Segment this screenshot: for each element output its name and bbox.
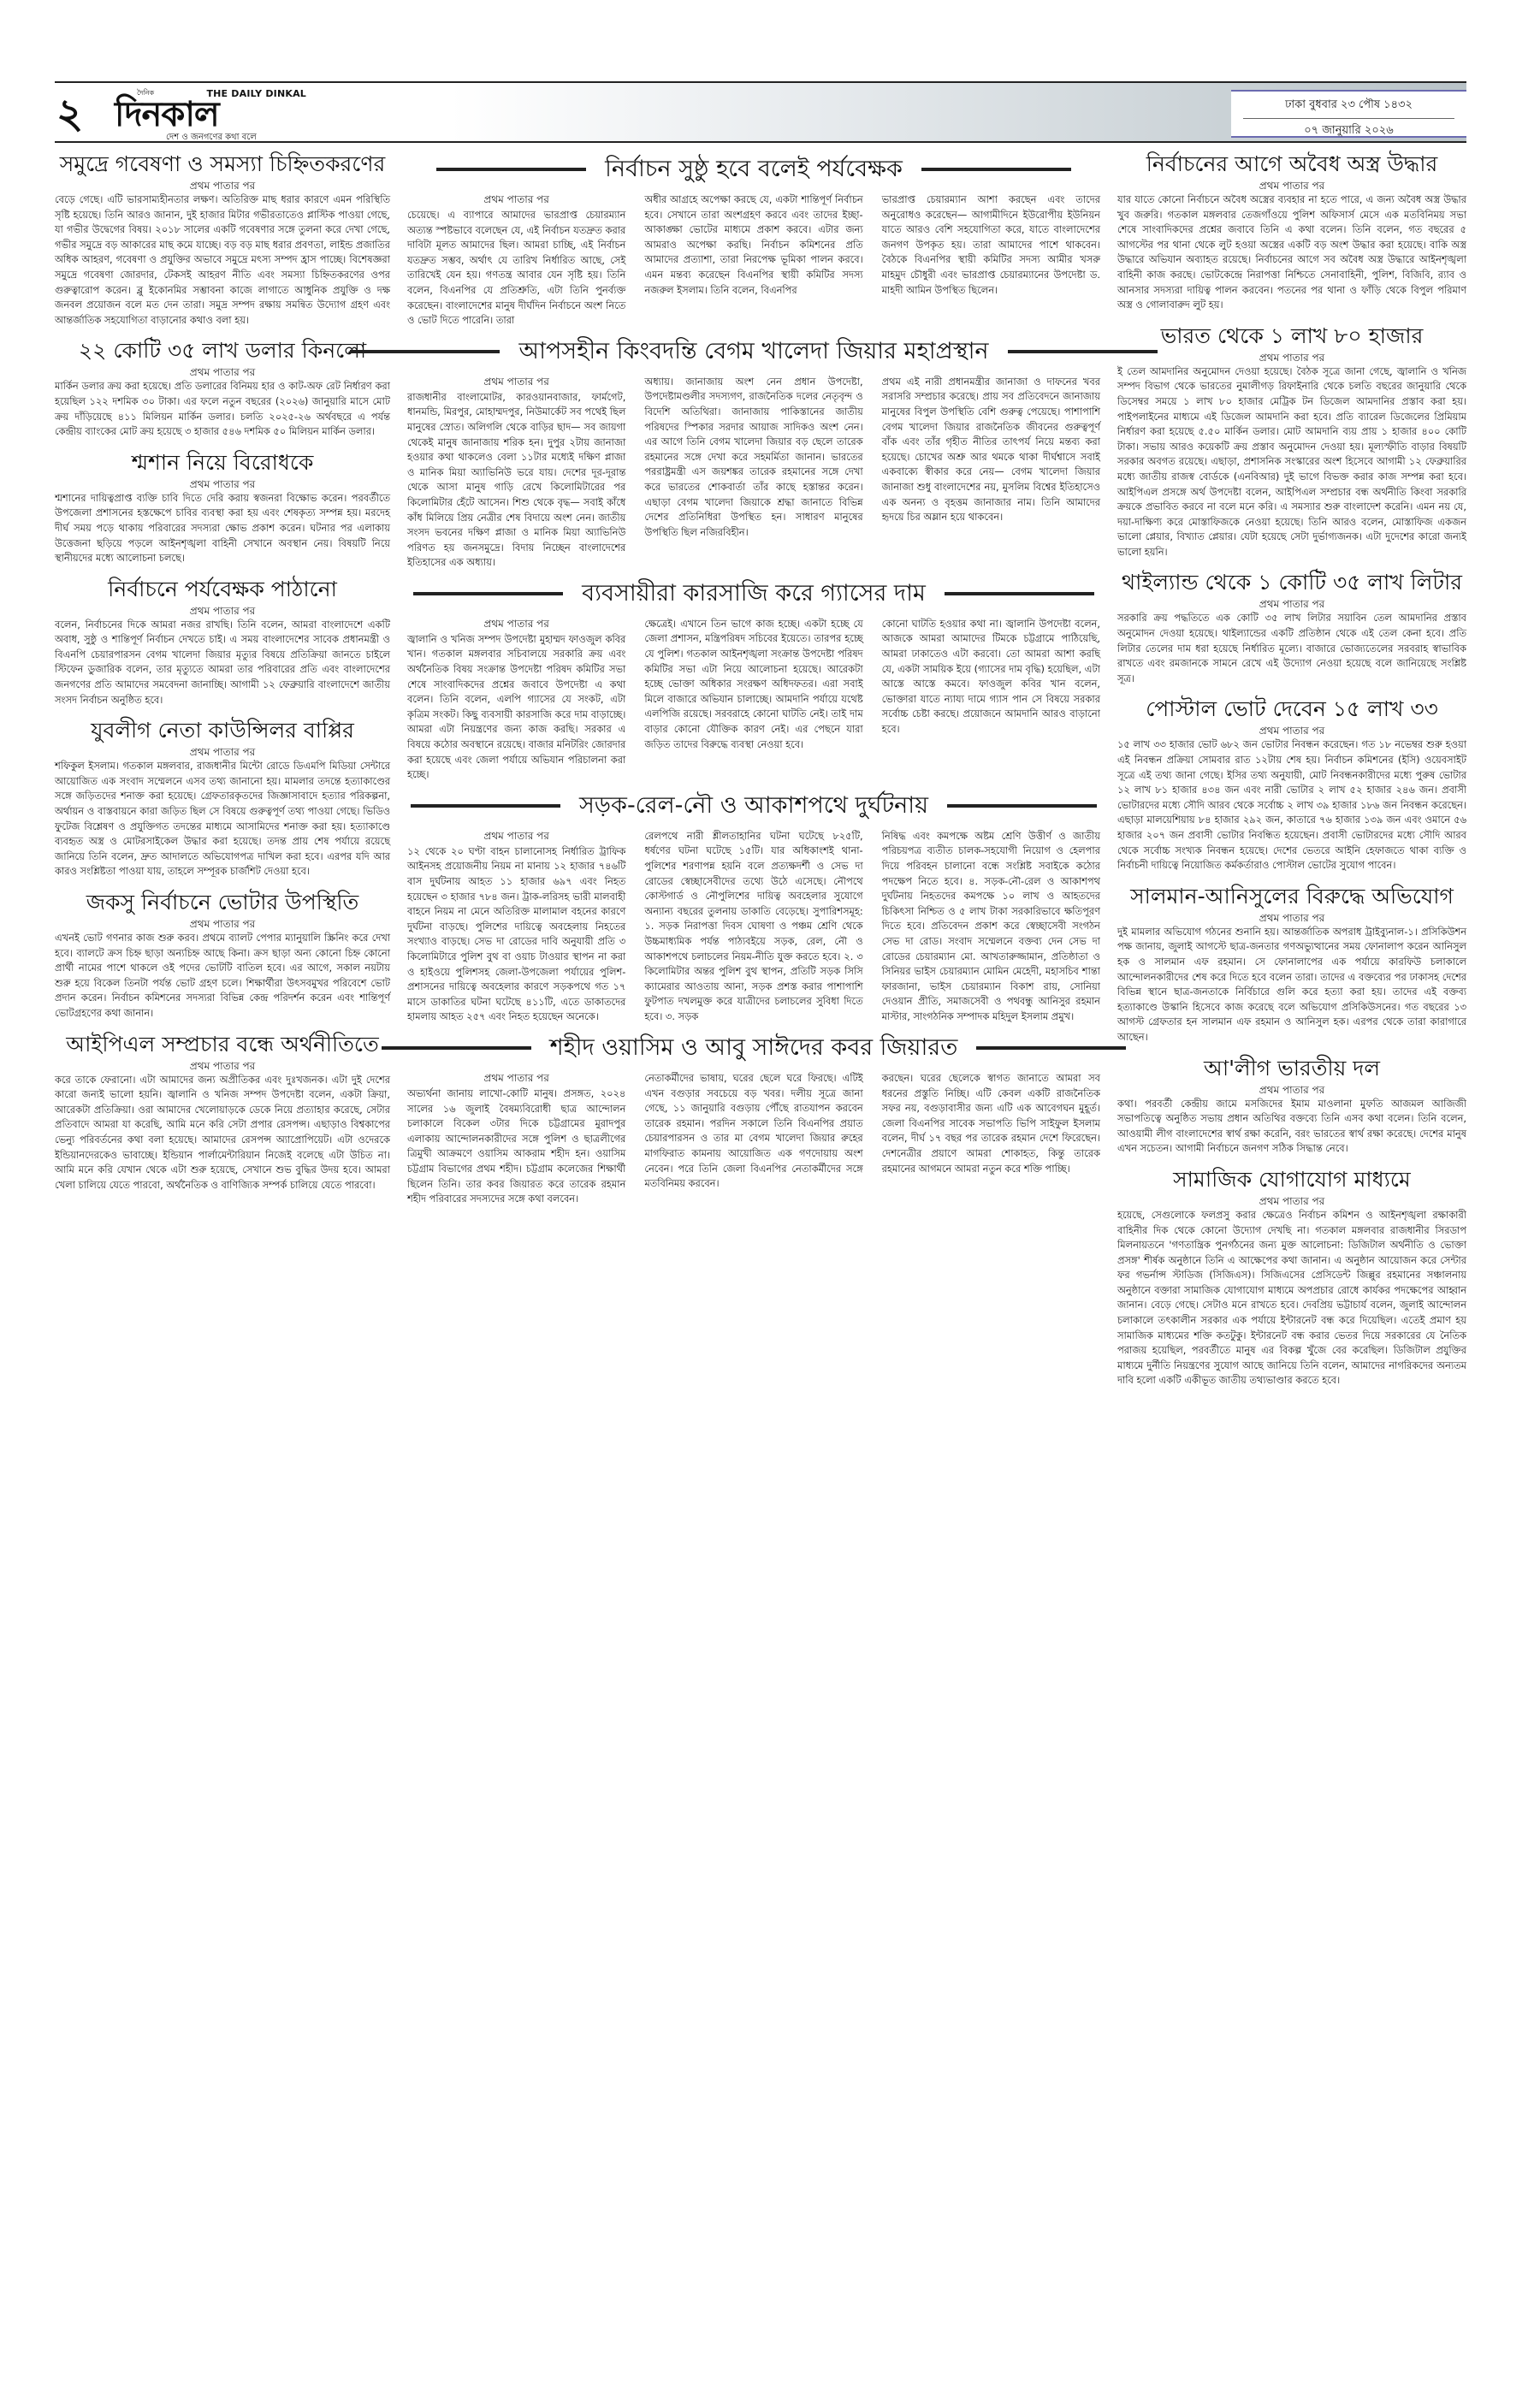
story-body: এখনই ভোট গণনার কাজ শুরু করব। প্রথমে ব্যা… bbox=[55, 931, 390, 1021]
story-body: রাজধানীর বাংলামোটর, কারওয়ানবাজার, ফার্ম… bbox=[407, 390, 625, 571]
continued-label: প্রথম পাতার পর bbox=[407, 617, 625, 631]
story-headline: সড়ক-রেল-নৌ ও আকাশপথে দুর্ঘটনায় bbox=[579, 791, 928, 820]
continued-label: প্রথম পাতার পর bbox=[407, 829, 625, 843]
story-ocean-research: সমুদ্রে গবেষণা ও সমস্যা চিহ্নিতকরণের প্র… bbox=[55, 150, 390, 328]
newspaper-page: ২ দৈনিক THE DAILY DINKAL দিনকাল দেশ ও জন… bbox=[55, 81, 1466, 143]
story-headline: ব্যবসায়ীরা কারসাজি করে গ্যাসের দাম bbox=[582, 579, 926, 608]
story-headline: শ্মশান নিয়ে বিরোধকে bbox=[55, 448, 390, 477]
story-body: যার যাতে কোনো নির্বাচনে অবৈধ অস্ত্রের ব্… bbox=[1117, 192, 1466, 313]
headline-rule bbox=[976, 1046, 1126, 1050]
story-body: করে তাকে ফেরানো। এটা আমাদের জন্য অপ্রীতি… bbox=[55, 1073, 390, 1193]
story-body: ১৫ লাখ ৩৩ হাজার ভোট ৬৮২ জন ভোটার নিবন্ধন… bbox=[1117, 737, 1466, 873]
story-headline: আইপিএল সম্প্রচার বন্ধে অর্থনীতিতে bbox=[55, 1030, 390, 1059]
headline-rule bbox=[947, 804, 1097, 808]
continued-label: প্রথম পাতার পর bbox=[55, 179, 390, 192]
story-headline: থাইল্যান্ড থেকে ১ কোটি ৩৫ লাখ লিটার bbox=[1117, 568, 1466, 597]
headline-rule bbox=[413, 592, 563, 595]
story-headline: নির্বাচনের আগে অবৈধ অস্ত্র উদ্ধার bbox=[1117, 150, 1466, 179]
story-awami-league: আ'লীগ ভারতীয় দল প্রথম পাতার পর কথা। পরব… bbox=[1117, 1054, 1466, 1157]
story-column: প্রথম পাতার পর রাজধানীর বাংলামোটর, কারওয… bbox=[407, 375, 625, 571]
story-gas-price: ব্যবসায়ীরা কারসাজি করে গ্যাসের দাম প্রথ… bbox=[407, 579, 1100, 783]
story-column: প্রথম পাতার পর অভ্যর্থনা জানায় লাখো-কোট… bbox=[407, 1071, 625, 1207]
right-column: নির্বাচনের আগে অবৈধ অস্ত্র উদ্ধার প্রথম … bbox=[1117, 150, 1466, 1397]
headline-rule bbox=[411, 804, 560, 808]
story-body: অভ্যর্থনা জানায় লাখো-কোটি মানুষ। প্রসঙ্… bbox=[407, 1086, 625, 1207]
story-india-diesel: ভারত থেকে ১ লাখ ৮০ হাজার প্রথম পাতার পর … bbox=[1117, 322, 1466, 560]
story-dollar-purchase: ২২ কোটি ৩৫ লাখ ডলার কিনলো প্রথম পাতার পর… bbox=[55, 336, 390, 439]
masthead: ২ দৈনিক THE DAILY DINKAL দিনকাল দেশ ও জন… bbox=[55, 81, 1466, 143]
continued-label: প্রথম পাতার পর bbox=[55, 604, 390, 618]
headline-rule bbox=[436, 168, 586, 171]
story-headline: সমুদ্রে গবেষণা ও সমস্যা চিহ্নিতকরণের bbox=[55, 150, 390, 179]
story-social-media: সামাজিক যোগাযোগ মাধ্যমে প্রথম পাতার পর হ… bbox=[1117, 1165, 1466, 1388]
headline-row: নির্বাচন সুষ্ঠু হবে বলেই পর্যবেক্ষক bbox=[407, 155, 1100, 184]
page-number: ২ bbox=[56, 90, 83, 138]
headline-row: সড়ক-রেল-নৌ ও আকাশপথে দুর্ঘটনায় bbox=[407, 791, 1100, 820]
story-body: শ্মশানের দায়িত্বপ্রাপ্ত ব্যক্তি চাবি দি… bbox=[55, 491, 390, 566]
story-khaleda-zia-funeral: আপসহীন কিংবদন্তি বেগম খালেদা জিয়ার মহাপ… bbox=[407, 337, 1100, 571]
story-body: মার্কিন ডলার ক্রয় করা হয়েছে। প্রতি ডলা… bbox=[55, 379, 390, 439]
story-headline: ভারত থেকে ১ লাখ ৮০ হাজার bbox=[1117, 322, 1466, 351]
continued-label: প্রথম পাতার পর bbox=[55, 365, 390, 379]
story-body: নিষিদ্ধ এবং কমপক্ষে অষ্টম শ্রেণি উত্তীর্… bbox=[882, 829, 1100, 1025]
story-election-fair: নির্বাচন সুষ্ঠু হবে বলেই পর্যবেক্ষক প্রথ… bbox=[407, 155, 1100, 329]
headline-row: শহীদ ওয়াসিম ও আবু সাঈদের কবর জিয়ারত bbox=[407, 1033, 1100, 1063]
continued-label: প্রথম পাতার পর bbox=[407, 1071, 625, 1085]
logo-english: THE DAILY DINKAL bbox=[206, 88, 306, 99]
continued-label: প্রথম পাতার পর bbox=[407, 375, 625, 388]
story-body: অধ্যায়। জানাজায় অংশ নেন প্রধান উপদেষ্ট… bbox=[644, 375, 862, 571]
story-body: নেতাকর্মীদের ভাষায়, ঘরের ছেলে ঘরে ফিরছে… bbox=[644, 1071, 862, 1207]
story-election-observer: নির্বাচনে পর্যবেক্ষক পাঠানো প্রথম পাতার … bbox=[55, 575, 390, 708]
story-martyr-graves: শহীদ ওয়াসিম ও আবু সাঈদের কবর জিয়ারত প্… bbox=[407, 1033, 1100, 1207]
story-body: অধীর আগ্রহে অপেক্ষা করছে যে, একটা শান্তি… bbox=[644, 192, 862, 329]
story-body: প্রথম এই নারী প্রধানমন্ত্রীর জানাজা ও দা… bbox=[882, 375, 1100, 571]
story-body: বলেন, নির্বাচনের দিকে আমরা নজর রাখছি। তি… bbox=[55, 618, 390, 708]
story-body: সরকারি ক্রয় পদ্ধতিতে এক কোটি ৩৫ লাখ লিট… bbox=[1117, 611, 1466, 686]
story-illegal-arms: নির্বাচনের আগে অবৈধ অস্ত্র উদ্ধার প্রথম … bbox=[1117, 150, 1466, 313]
story-body: বেড়ে গেছে। এটি ভারসাম্যহীনতার লক্ষণ। অত… bbox=[55, 192, 390, 328]
story-jubo-league: যুবলীগ নেতা কাউন্সিলর বাপ্পির প্রথম পাতা… bbox=[55, 716, 390, 879]
headline-rule bbox=[945, 592, 1094, 595]
story-headline: সামাজিক যোগাযোগ মাধ্যমে bbox=[1117, 1165, 1466, 1194]
story-columns: প্রথম পাতার পর জ্বালানি ও খনিজ সম্পদ উপদ… bbox=[407, 617, 1100, 783]
headline-rule bbox=[921, 168, 1071, 171]
story-headline: সালমান-আনিসুলের বিরুদ্ধে অভিযোগ bbox=[1117, 882, 1466, 911]
story-thailand-oil: থাইল্যান্ড থেকে ১ কোটি ৩৫ লাখ লিটার প্রথ… bbox=[1117, 568, 1466, 686]
headline-row: ব্যবসায়ীরা কারসাজি করে গ্যাসের দাম bbox=[407, 579, 1100, 608]
story-body: জ্বালানি ও খনিজ সম্পদ উপদেষ্টা মুহাম্মদ … bbox=[407, 632, 625, 783]
story-body: ১২ থেকে ২০ ঘণ্টা বাহন চালানোসহ নির্ধারিত… bbox=[407, 844, 625, 1025]
story-body: ভারপ্রাপ্ত চেয়ারম্যান আশা করছেন এবং তাদ… bbox=[882, 192, 1100, 329]
story-columns: প্রথম পাতার পর ১২ থেকে ২০ ঘণ্টা বাহন চাল… bbox=[407, 829, 1100, 1025]
date-bangla: ঢাকা বুধবার ২৩ পৌষ ১৪৩২ bbox=[1243, 92, 1454, 119]
story-column: প্রথম পাতার পর জ্বালানি ও খনিজ সম্পদ উপদ… bbox=[407, 617, 625, 783]
newspaper-logo: দৈনিক THE DAILY DINKAL দিনকাল দেশ ও জনগণ… bbox=[115, 86, 311, 141]
continued-label: প্রথম পাতার পর bbox=[55, 917, 390, 931]
continued-label: প্রথম পাতার পর bbox=[55, 745, 390, 759]
story-body: শফিকুল ইসলাম। গতকাল মঙ্গলবার, রাজধানীর ম… bbox=[55, 759, 390, 879]
story-headline: নির্বাচনে পর্যবেক্ষক পাঠানো bbox=[55, 575, 390, 604]
story-body: কথা। পরবর্তী কেন্দ্রীয় জামে মসজিদের ইমা… bbox=[1117, 1097, 1466, 1157]
continued-label: প্রথম পাতার পর bbox=[407, 192, 625, 206]
story-headline: আপসহীন কিংবদন্তি বেগম খালেদা জিয়ার মহাপ… bbox=[518, 337, 988, 366]
story-body: হয়েছে, সেগুলোকে ফলপ্রসু করার ক্ষেত্রেও … bbox=[1117, 1208, 1466, 1388]
story-body: চেয়েছে। এ ব্যাপারে আমাদের ভারপ্রাপ্ত চে… bbox=[407, 208, 625, 329]
headline-rule bbox=[350, 350, 500, 353]
story-column: প্রথম পাতার পর ১২ থেকে ২০ ঘণ্টা বাহন চাল… bbox=[407, 829, 625, 1025]
continued-label: প্রথম পাতার পর bbox=[1117, 1083, 1466, 1097]
date-english: ০৭ জানুয়ারি ২০২৬ bbox=[1231, 119, 1466, 140]
headline-row: আপসহীন কিংবদন্তি বেগম খালেদা জিয়ার মহাপ… bbox=[407, 337, 1100, 366]
story-road-accidents: সড়ক-রেল-নৌ ও আকাশপথে দুর্ঘটনায় প্রথম প… bbox=[407, 791, 1100, 1025]
continued-label: প্রথম পাতার পর bbox=[1117, 179, 1466, 192]
story-postal-vote: পোস্টাল ভোট দেবেন ১৫ লাখ ৩৩ প্রথম পাতার … bbox=[1117, 695, 1466, 873]
story-body: কোনো ঘাটতি হওয়ার কথা না। জ্বালানি উপদেষ… bbox=[882, 617, 1100, 783]
story-body: দুই মামলার অভিযোগ গঠনের শুনানি হয়। আন্ত… bbox=[1117, 925, 1466, 1045]
story-column: প্রথম পাতার পর চেয়েছে। এ ব্যাপারে আমাদে… bbox=[407, 192, 625, 329]
continued-label: প্রথম পাতার পর bbox=[1117, 911, 1466, 925]
continued-label: প্রথম পাতার পর bbox=[55, 1059, 390, 1073]
continued-label: প্রথম পাতার পর bbox=[55, 477, 390, 491]
continued-label: প্রথম পাতার পর bbox=[1117, 724, 1466, 737]
story-headline: জকসু নির্বাচনে ভোটার উপস্থিতি bbox=[55, 888, 390, 917]
story-ipl-broadcast: আইপিএল সম্প্রচার বন্ধে অর্থনীতিতে প্রথম … bbox=[55, 1030, 390, 1193]
story-salman-anisul: সালমান-আনিসুলের বিরুদ্ধে অভিযোগ প্রথম পা… bbox=[1117, 882, 1466, 1045]
story-headline: পোস্টাল ভোট দেবেন ১৫ লাখ ৩৩ bbox=[1117, 695, 1466, 724]
date-box: ঢাকা বুধবার ২৩ পৌষ ১৪৩২ ০৭ জানুয়ারি ২০২… bbox=[1231, 90, 1466, 138]
headline-rule bbox=[382, 1046, 531, 1050]
story-columns: প্রথম পাতার পর রাজধানীর বাংলামোটর, কারওয… bbox=[407, 375, 1100, 571]
story-headline: আ'লীগ ভারতীয় দল bbox=[1117, 1054, 1466, 1083]
continued-label: প্রথম পাতার পর bbox=[1117, 1194, 1466, 1208]
story-headline: শহীদ ওয়াসিম ও আবু সাঈদের কবর জিয়ারত bbox=[550, 1033, 958, 1063]
logo-tagline: দেশ ও জনগণের কথা বলে bbox=[166, 131, 257, 145]
logo-title: দিনকাল bbox=[115, 97, 219, 133]
story-body: করছেন। ঘরের ছেলেকে স্বাগত জানাতে আমরা সব… bbox=[882, 1071, 1100, 1207]
story-headline: নির্বাচন সুষ্ঠু হবে বলেই পর্যবেক্ষক bbox=[605, 155, 903, 184]
middle-section: নির্বাচন সুষ্ঠু হবে বলেই পর্যবেক্ষক প্রথ… bbox=[407, 150, 1100, 1216]
story-crematorium-dispute: শ্মশান নিয়ে বিরোধকে প্রথম পাতার পর শ্মশ… bbox=[55, 448, 390, 566]
story-body: ই তেল আমদানির অনুমোদন দেওয়া হয়েছে। বৈঠ… bbox=[1117, 364, 1466, 560]
story-columns: প্রথম পাতার পর অভ্যর্থনা জানায় লাখো-কোট… bbox=[407, 1071, 1100, 1207]
story-headline: যুবলীগ নেতা কাউন্সিলর বাপ্পির bbox=[55, 716, 390, 745]
continued-label: প্রথম পাতার পর bbox=[1117, 351, 1466, 364]
story-headline: ২২ কোটি ৩৫ লাখ ডলার কিনলো bbox=[55, 336, 390, 365]
story-jucsu-election: জকসু নির্বাচনে ভোটার উপস্থিতি প্রথম পাতা… bbox=[55, 888, 390, 1021]
continued-label: প্রথম পাতার পর bbox=[1117, 597, 1466, 611]
story-body: রেলপথে নারী শ্লীলতাহানির ঘটনা ঘটেছে ৮২৫ট… bbox=[644, 829, 862, 1025]
story-columns: প্রথম পাতার পর চেয়েছে। এ ব্যাপারে আমাদে… bbox=[407, 192, 1100, 329]
left-column: সমুদ্রে গবেষণা ও সমস্যা চিহ্নিতকরণের প্র… bbox=[55, 150, 390, 1201]
story-body: ক্ষেত্রেই। এখানে তিন ভাগে কাজ হচ্ছে। একট… bbox=[644, 617, 862, 783]
